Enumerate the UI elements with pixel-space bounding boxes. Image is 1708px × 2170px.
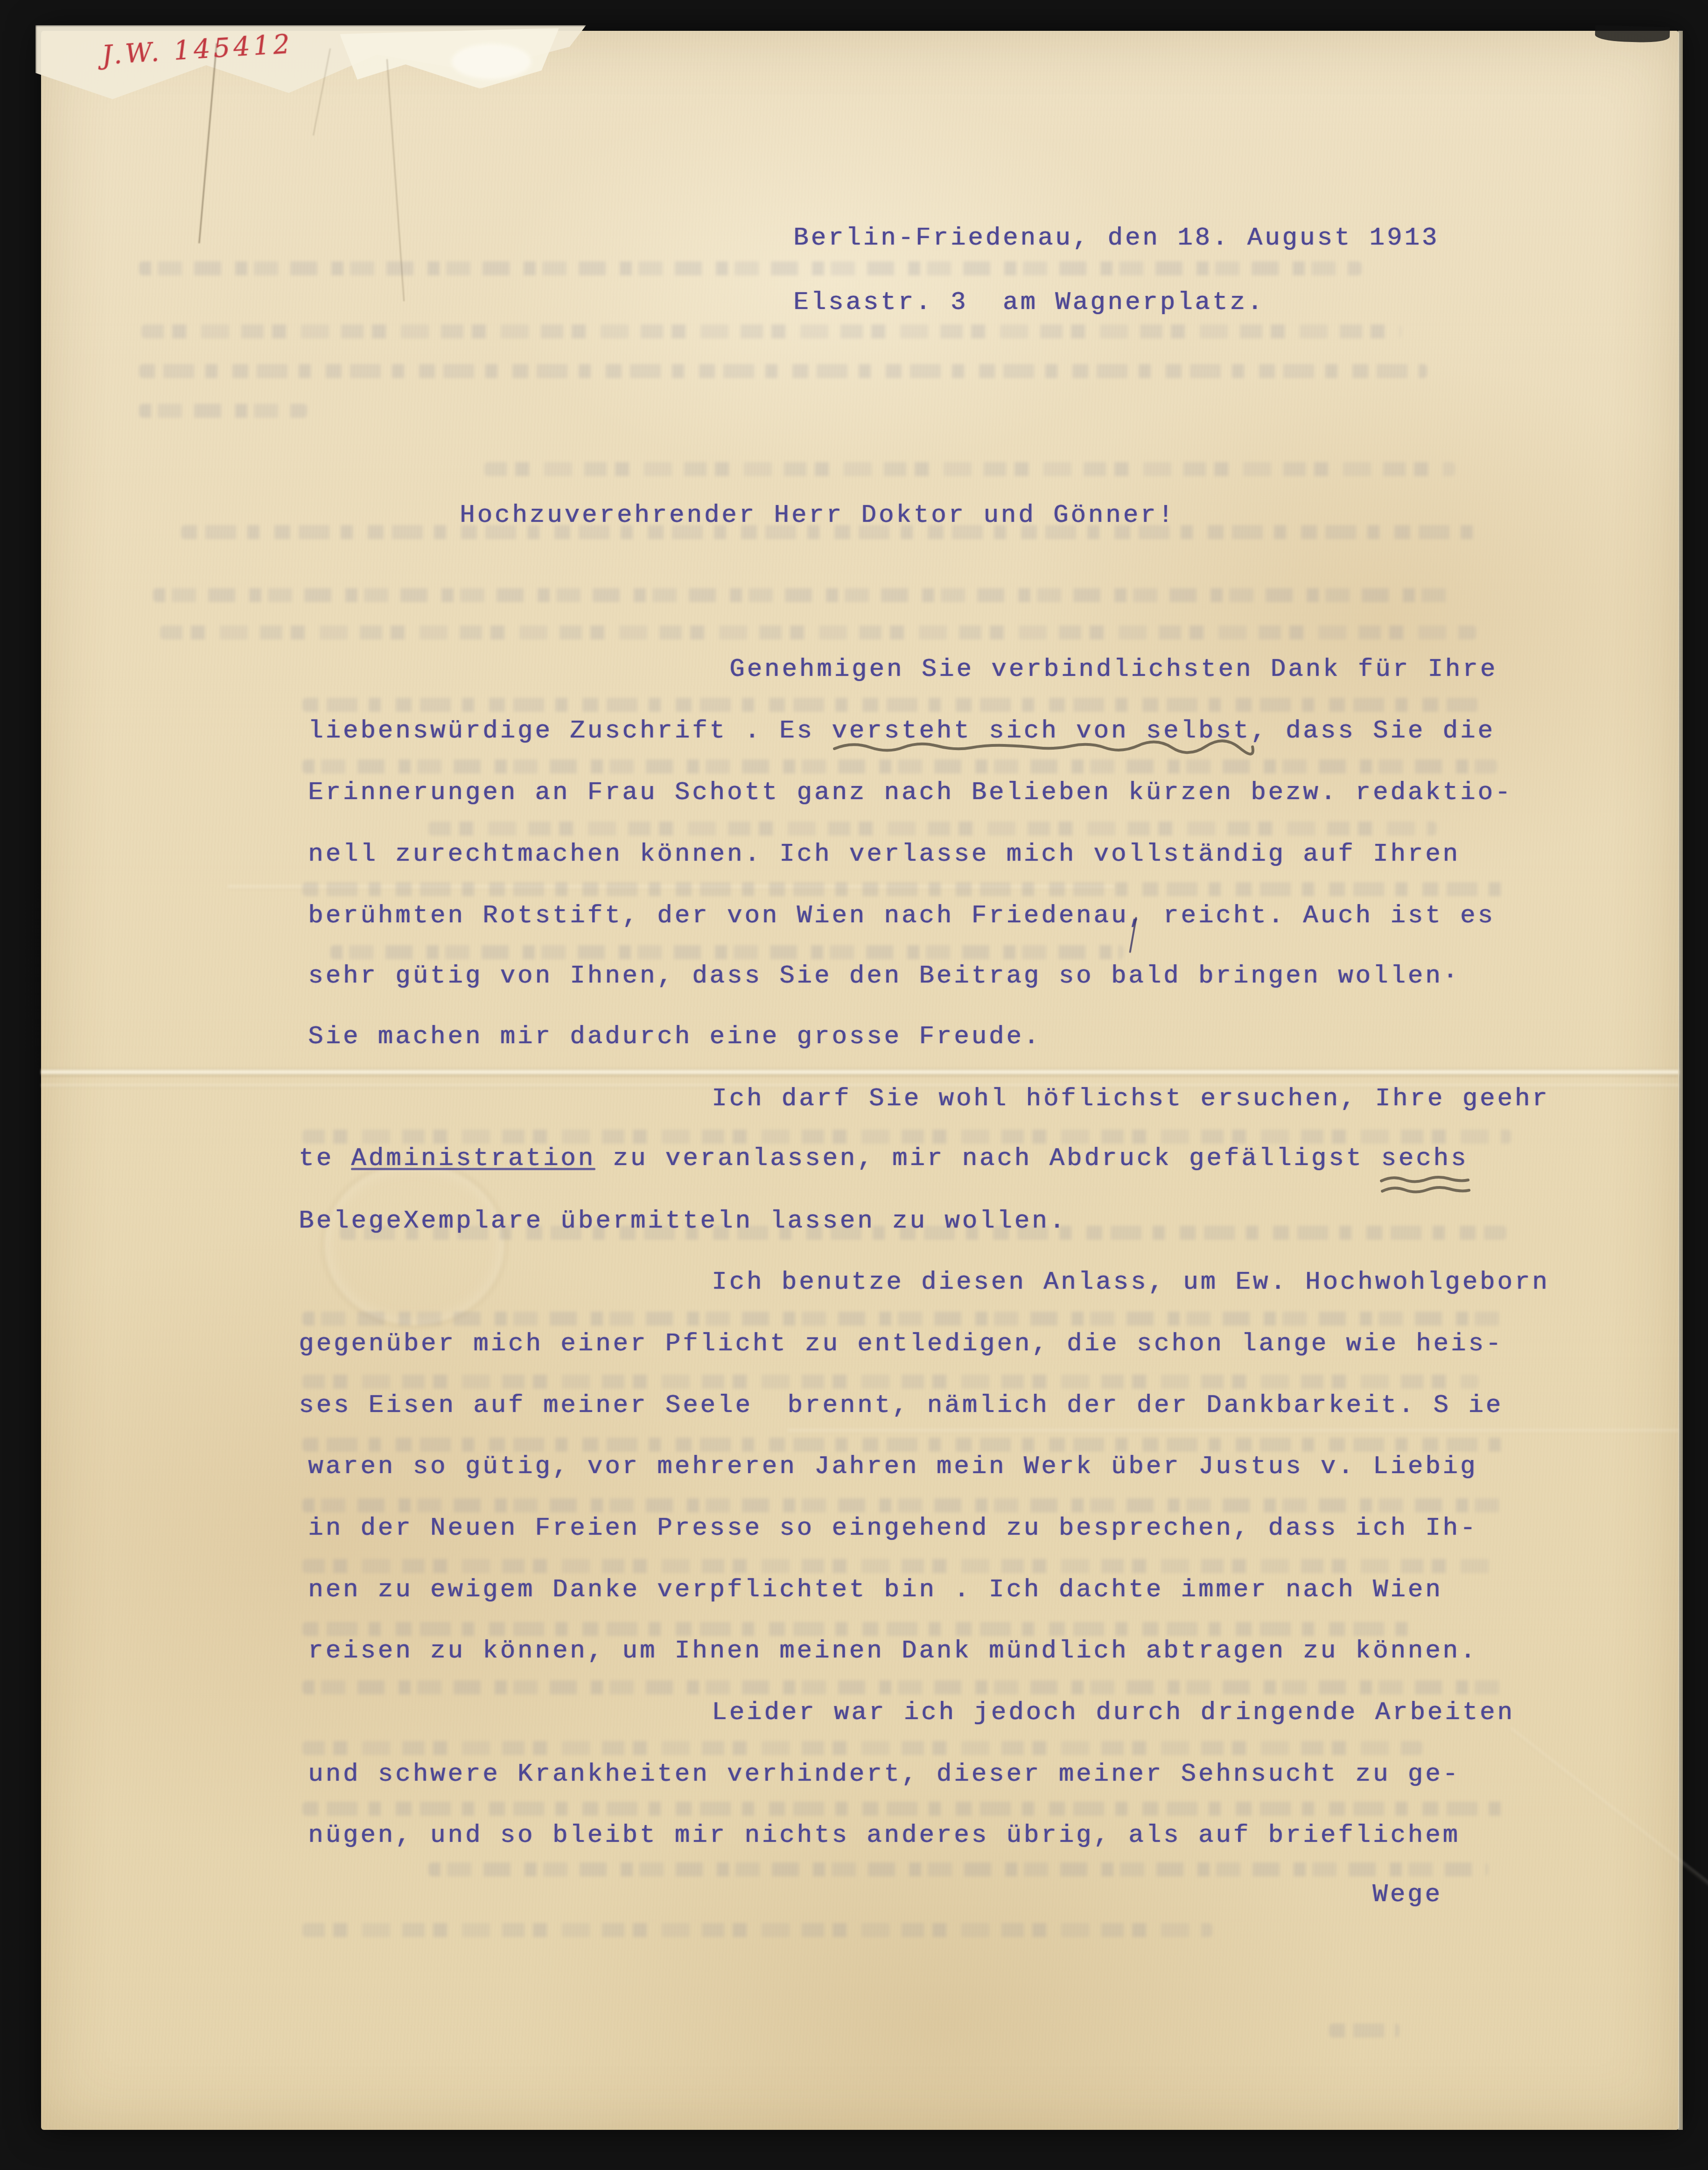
- bleed-through-line: [302, 1375, 1478, 1389]
- bleed-through-line: [302, 1438, 1516, 1452]
- torn-edge-spot: [452, 44, 531, 79]
- typed-line: in der Neuen Freien Presse so eingehend …: [308, 1515, 1477, 1543]
- typed-line: nügen, und so bleibt mir nichts anderes …: [308, 1822, 1460, 1850]
- bleed-through-line: [153, 588, 1455, 602]
- typed-line: nen zu ewigem Danke verpflichtet bin . I…: [308, 1576, 1442, 1604]
- double-wavy-underline-mark: [1379, 1175, 1471, 1199]
- bleed-through-line: [302, 1498, 1502, 1512]
- bleed-through-line: [139, 261, 1362, 275]
- bleed-through-line: [302, 698, 1478, 712]
- bleed-through-line: [302, 1312, 1511, 1326]
- bleed-through-line: [302, 1802, 1506, 1816]
- paper-edge-highlight: [1678, 31, 1683, 2130]
- typed-line: Genehmigen Sie verbindlichsten Dank für …: [729, 656, 1498, 684]
- scanner-background: J.W. 145412 Berlin-Friedenau, den 18. Au…: [0, 0, 1708, 2170]
- bleed-through-line: [1329, 2023, 1399, 2037]
- bleed-through-line: [139, 404, 307, 418]
- bleed-through-line: [484, 462, 1455, 476]
- straight-underline-mark: [351, 1168, 595, 1170]
- typed-line: Leider war ich jedoch durch dringende Ar…: [712, 1699, 1515, 1727]
- salutation: Hochzuverehrender Herr Doktor und Gönner…: [460, 502, 1176, 530]
- bleed-through-line: [302, 1680, 1506, 1694]
- address-line: Elsastr. 3 am Wagnerplatz.: [793, 289, 1265, 317]
- dateline: Berlin-Friedenau, den 18. August 1913: [793, 225, 1439, 253]
- typed-line: Sie machen mir dadurch eine grosse Freud…: [308, 1023, 1041, 1051]
- bleed-through-line: [302, 1559, 1492, 1573]
- typed-line: Ich benutze diesen Anlass, um Ew. Hochwo…: [712, 1269, 1549, 1297]
- typed-line: sehr gütig von Ihnen, dass Sie den Beitr…: [308, 962, 1460, 990]
- typed-line: reisen zu können, um Ihnen meinen Dank m…: [308, 1637, 1477, 1665]
- bleed-through-line: [302, 759, 1497, 773]
- blind-stamp-ghost: [321, 1160, 508, 1328]
- bleed-through-line: [428, 1862, 1488, 1876]
- bleed-through-line: [302, 1622, 1413, 1636]
- horizontal-crease: [788, 1429, 1679, 1434]
- typed-line: waren so gütig, vor mehreren Jahren mein…: [308, 1453, 1477, 1481]
- bleed-through-line: [330, 945, 1124, 959]
- bleed-through-line: [139, 364, 1427, 378]
- letter-page: J.W. 145412 Berlin-Friedenau, den 18. Au…: [41, 31, 1679, 2130]
- typed-line: Ich darf Sie wohl höflichst ersuchen, Ih…: [712, 1085, 1549, 1113]
- bleed-through-line: [428, 822, 1436, 836]
- typed-line: nell zurechtmachen können. Ich verlasse …: [308, 841, 1460, 869]
- corner-notch: [1595, 25, 1670, 43]
- bleed-through-line: [302, 882, 1511, 896]
- bleed-through-line: [302, 1923, 1212, 1937]
- typed-line: gegenüber mich einer Pflicht zu entledig…: [299, 1330, 1503, 1358]
- bleed-through-line: [302, 1741, 1422, 1755]
- typed-line: berühmten Rotstift, der von Wien nach Fr…: [308, 902, 1495, 930]
- horizontal-crease: [41, 1068, 1679, 1077]
- typed-line: und schwere Krankheiten verhindert, dies…: [308, 1761, 1460, 1789]
- bleed-through-line: [141, 324, 1401, 338]
- wavy-underline-mark: [832, 740, 1256, 754]
- typed-line: BelegeXemplare übermitteln lassen zu wol…: [299, 1208, 1067, 1236]
- bleed-through-line: [160, 625, 1476, 639]
- paper-crack: [198, 43, 217, 244]
- closing-word: Wege: [1372, 1881, 1442, 1909]
- typed-line: ses Eisen auf meiner Seele brennt, nämli…: [299, 1392, 1503, 1420]
- bleed-through-line: [302, 1130, 1511, 1144]
- typed-line: Erinnerungen an Frau Schott ganz nach Be…: [308, 779, 1512, 807]
